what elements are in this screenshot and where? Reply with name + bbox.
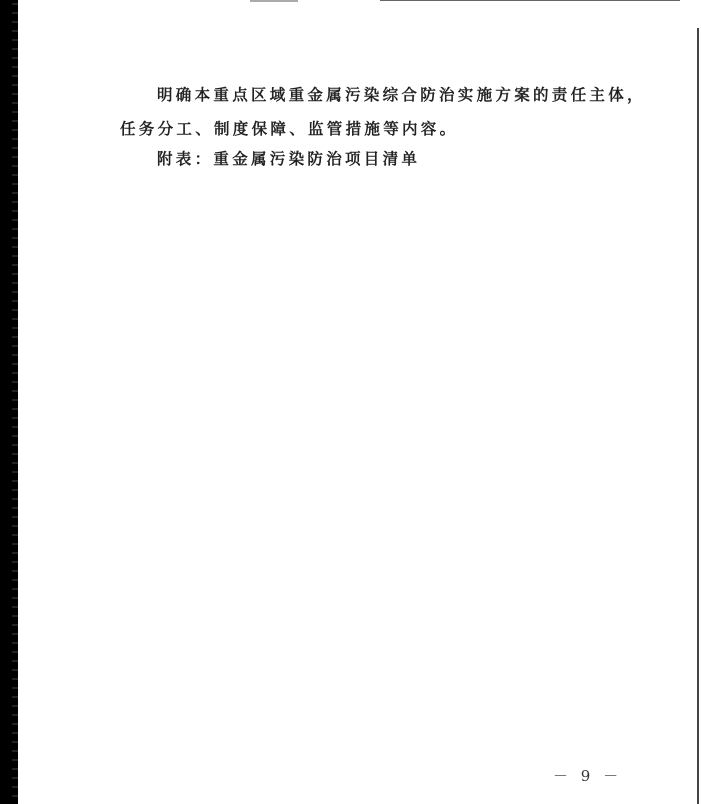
scanned-page: 明确本重点区域重金属污染综合防治实施方案的责任主体， 任务分工、制度保障、监管措… <box>0 0 701 804</box>
scan-border-top <box>380 0 680 1</box>
paragraph-responsibility: 明确本重点区域重金属污染综合防治实施方案的责任主体， <box>157 83 646 105</box>
paragraph-continuation: 任务分工、制度保障、监管措施等内容。 <box>120 117 458 139</box>
scan-border-right <box>697 28 699 804</box>
page-number: － 9 － <box>553 765 622 786</box>
scan-border-left <box>0 0 16 804</box>
scan-mark-top <box>250 0 298 2</box>
paragraph-appendix: 附表：重金属污染防治项目清单 <box>157 147 420 169</box>
